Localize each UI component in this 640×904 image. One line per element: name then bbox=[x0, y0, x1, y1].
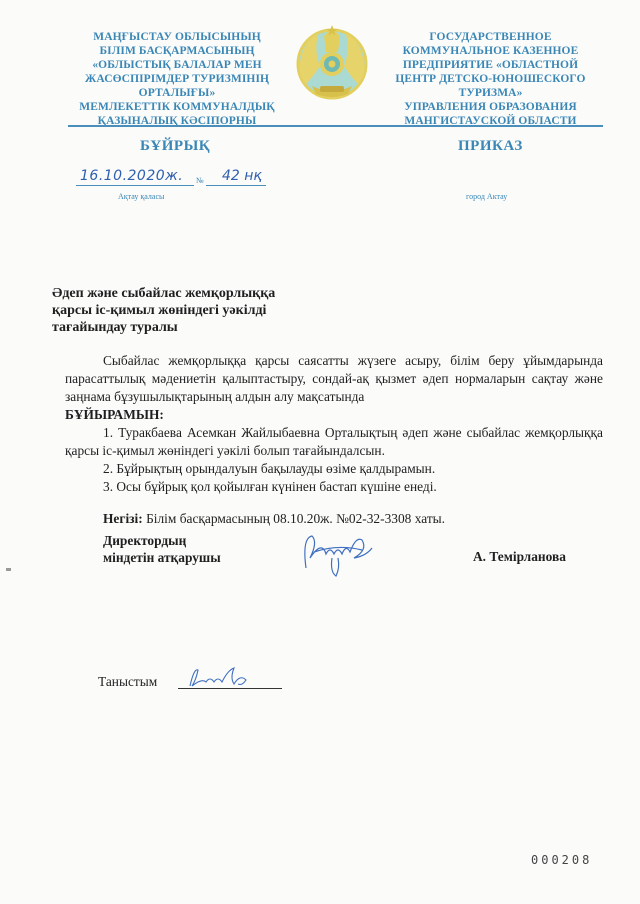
order-title-line: қарсы іс-қимыл жөніндегі уәкілді bbox=[52, 302, 275, 319]
acknowledgement-label: Таныстым bbox=[98, 674, 157, 690]
order-item-2: 2. Бұйрықтың орындалуын бақылауды өзіме … bbox=[103, 460, 435, 478]
header-right-line: ГОСУДАРСТВЕННОЕ bbox=[388, 30, 593, 44]
scan-mark bbox=[6, 568, 11, 571]
state-emblem-icon bbox=[290, 22, 374, 106]
basis-text: Білім басқармасының 08.10.20ж. №02-32-33… bbox=[143, 511, 445, 526]
order-title-line: Әдеп және сыбайлас жемқорлыққа bbox=[52, 285, 275, 302]
handwritten-order-number: 42 нқ bbox=[222, 168, 262, 184]
preamble-paragraph: Сыбайлас жемқорлыққа қарсы саясатты жүзе… bbox=[65, 352, 603, 424]
signatory-position-line: міндетін атқарушы bbox=[103, 549, 221, 566]
header-left-line: ОРТАЛЫҒЫ» bbox=[62, 86, 292, 100]
signatory-name: А. Темірланова bbox=[473, 549, 566, 565]
header-left-org-name: МАҢҒЫСТАУ ОБЛЫСЫНЫҢ БІЛІМ БАСҚАРМАСЫНЫҢ … bbox=[62, 30, 292, 128]
doc-type-ru: ПРИКАЗ bbox=[458, 138, 523, 155]
doc-type-kz: БҰЙРЫҚ bbox=[140, 138, 210, 155]
header-left-line: ЖАСӨСПІРІМДЕР ТУРИЗМІНІҢ bbox=[62, 72, 292, 86]
header-divider bbox=[68, 125, 603, 127]
serial-number: 000208 bbox=[531, 853, 592, 867]
preamble-text: Сыбайлас жемқорлыққа қарсы саясатты жүзе… bbox=[65, 353, 603, 404]
order-word: БҰЙЫРАМЫН: bbox=[65, 406, 603, 424]
number-underline bbox=[206, 185, 266, 186]
header-left-line: МЕМЛЕКЕТТІК КОММУНАЛДЫҚ bbox=[62, 100, 292, 114]
signatory-position: Директордың міндетін атқарушы bbox=[103, 532, 221, 566]
header-right-line: УПРАВЛЕНИЯ ОБРАЗОВАНИЯ bbox=[388, 100, 593, 114]
director-signature-icon bbox=[292, 528, 382, 580]
header-left-line: БІЛІМ БАСҚАРМАСЫНЫҢ bbox=[62, 44, 292, 58]
basis-label: Негізі: bbox=[103, 511, 143, 526]
header-left-line: «ОБЛЫСТЫҚ БАЛАЛАР МЕН bbox=[62, 58, 292, 72]
header-right-line: КОММУНАЛЬНОЕ КАЗЕННОЕ bbox=[388, 44, 593, 58]
order-item-3: 3. Осы бұйрық қол қойылған күнінен баста… bbox=[103, 478, 437, 496]
basis-line: Негізі: Білім басқармасының 08.10.20ж. №… bbox=[103, 511, 445, 527]
date-underline bbox=[76, 185, 194, 186]
header-right-org-name: ГОСУДАРСТВЕННОЕ КОММУНАЛЬНОЕ КАЗЕННОЕ ПР… bbox=[388, 30, 593, 128]
order-item-1: 1. Туракбаева Асемкан Жайлыбаевна Орталы… bbox=[65, 424, 603, 460]
header-right-line: ПРЕДПРИЯТИЕ «ОБЛАСТНОЙ bbox=[388, 58, 593, 72]
acknowledgement-signature-icon bbox=[184, 664, 254, 692]
signatory-position-line: Директордың bbox=[103, 532, 221, 549]
city-ru: город Актау bbox=[466, 192, 507, 201]
order-title: Әдеп және сыбайлас жемқорлыққа қарсы іс-… bbox=[52, 285, 275, 336]
number-sign: № bbox=[196, 176, 204, 185]
header-right-line: ЦЕНТР ДЕТСКО-ЮНОШЕСКОГО bbox=[388, 72, 593, 86]
handwritten-date: 16.10.2020ж. bbox=[80, 168, 183, 184]
header-left-line: МАҢҒЫСТАУ ОБЛЫСЫНЫҢ bbox=[62, 30, 292, 44]
order-title-line: тағайындау туралы bbox=[52, 319, 275, 336]
header-right-line: ТУРИЗМА» bbox=[388, 86, 593, 100]
city-kz: Ақтау қаласы bbox=[118, 192, 164, 201]
